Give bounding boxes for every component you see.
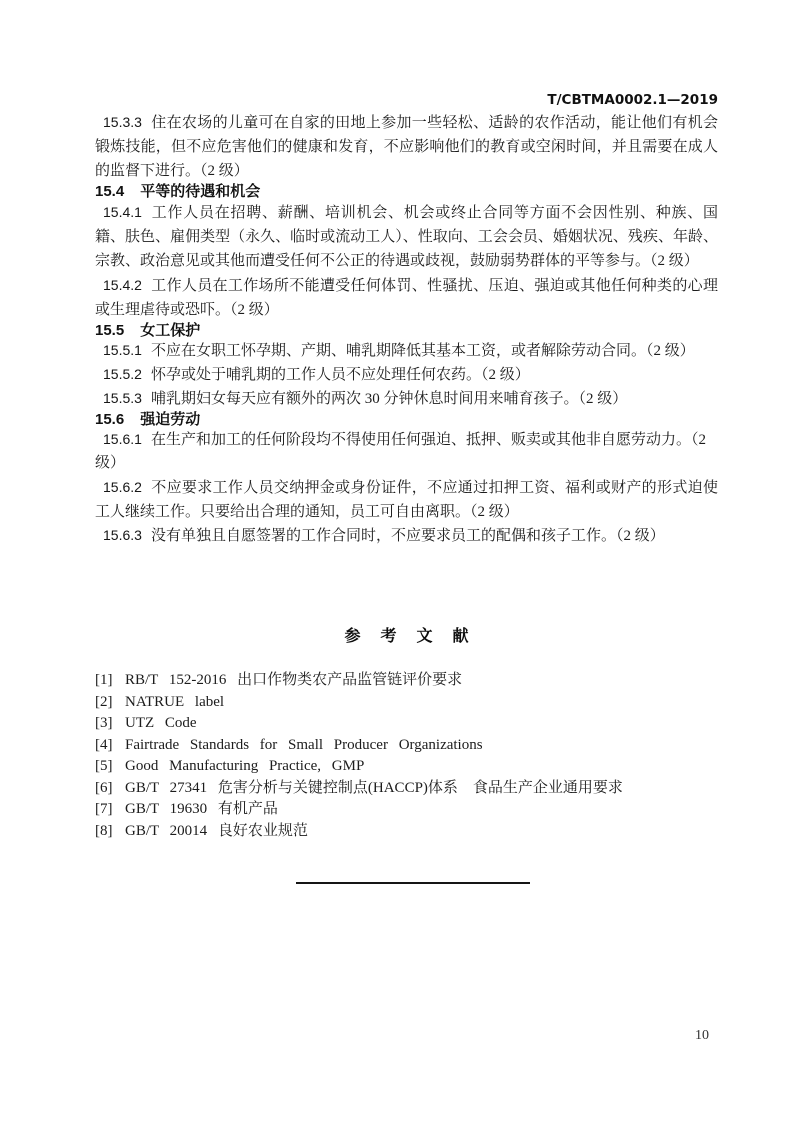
heading-title: 女工保护	[140, 322, 200, 339]
clause-number: 15.3.3	[103, 114, 142, 130]
reference-label: [7]	[95, 799, 115, 821]
reference-item-1: [1]RB/T 152-2016 出口作物类农产品监管链评价要求	[95, 670, 718, 692]
clause-text: 在生产和加工的任何阶段均不得使用任何强迫、抵押、贩卖或其他非自愿劳动力。（2 级…	[95, 432, 706, 471]
reference-label: [1]	[95, 670, 115, 692]
reference-label: [8]	[95, 821, 115, 843]
clause-text: 不应在女职工怀孕期、产期、哺乳期降低其基本工资，或者解除劳动合同。（2 级）	[151, 343, 695, 359]
reference-text: RB/T 152-2016 出口作物类农产品监管链评价要求	[125, 672, 462, 688]
clause-text: 不应要求工作人员交纳押金或身份证件，不应通过扣押工资、福利或财产的形式迫使工人继…	[95, 480, 718, 520]
document-page: T/CBTMA0002.1—2019 15.3.3住在农场的儿童可在自家的田地上…	[0, 0, 794, 1122]
clause-text: 工作人员在招聘、薪酬、培训机会、机会或终止合同等方面不会因性别、种族、国籍、肤色…	[95, 205, 718, 269]
clause-number: 15.5.3	[103, 390, 142, 406]
reference-text: GB/T 19630 有机产品	[125, 801, 278, 817]
clause-number: 15.4.2	[103, 277, 142, 293]
reference-text: NATRUE label	[125, 694, 224, 710]
clause-15-5-1: 15.5.1不应在女职工怀孕期、产期、哺乳期降低其基本工资，或者解除劳动合同。（…	[95, 339, 718, 363]
clause-15-6-2: 15.6.2不应要求工作人员交纳押金或身份证件，不应通过扣押工资、福利或财产的形…	[95, 475, 718, 524]
reference-text: GB/T 27341 危害分析与关键控制点(HACCP)体系 食品生产企业通用要…	[125, 780, 623, 796]
clause-text: 哺乳期妇女每天应有额外的两次 30 分钟休息时间用来哺育孩子。（2 级）	[151, 391, 627, 407]
page-number: 10	[686, 1028, 718, 1044]
heading-15-5: 15.5女工保护	[95, 322, 718, 339]
reference-text: UTZ Code	[125, 715, 197, 731]
reference-item-3: [3]UTZ Code	[95, 713, 718, 735]
clause-number: 15.6.3	[103, 527, 142, 543]
clause-15-5-2: 15.5.2怀孕或处于哺乳期的工作人员不应处理任何农药。（2 级）	[95, 363, 718, 387]
clause-15-3-3: 15.3.3住在农场的儿童可在自家的田地上参加一些轻松、适龄的农作活动，能让他们…	[95, 110, 718, 183]
reference-item-2: [2]NATRUE label	[95, 692, 718, 714]
clause-15-6-1: 15.6.1在生产和加工的任何阶段均不得使用任何强迫、抵押、贩卖或其他非自愿劳动…	[95, 428, 718, 475]
clause-15-4-1: 15.4.1工作人员在招聘、薪酬、培训机会、机会或终止合同等方面不会因性别、种族…	[95, 200, 718, 273]
clause-15-6-3: 15.6.3没有单独且自愿签署的工作合同时，不应要求员工的配偶和孩子工作。（2 …	[95, 524, 718, 548]
clause-number: 15.5.1	[103, 342, 142, 358]
reference-label: [2]	[95, 692, 115, 714]
reference-item-8: [8]GB/T 20014 良好农业规范	[95, 821, 718, 843]
heading-15-4: 15.4平等的待遇和机会	[95, 183, 718, 200]
heading-number: 15.6	[95, 411, 124, 428]
references-title: 参考文献	[95, 627, 718, 647]
reference-label: [4]	[95, 735, 115, 757]
reference-label: [6]	[95, 778, 115, 800]
reference-label: [5]	[95, 756, 115, 778]
clause-number: 15.6.1	[103, 431, 142, 447]
reference-label: [3]	[95, 713, 115, 735]
heading-15-6: 15.6强迫劳动	[95, 411, 718, 428]
reference-text: Good Manufacturing Practice, GMP	[125, 758, 364, 774]
end-of-document-divider	[296, 882, 530, 884]
heading-number: 15.4	[95, 183, 124, 200]
page-content: T/CBTMA0002.1—2019 15.3.3住在农场的儿童可在自家的田地上…	[95, 93, 718, 842]
heading-title: 强迫劳动	[140, 411, 200, 428]
clause-text: 怀孕或处于哺乳期的工作人员不应处理任何农药。（2 级）	[151, 367, 530, 383]
clause-15-5-3: 15.5.3哺乳期妇女每天应有额外的两次 30 分钟休息时间用来哺育孩子。（2 …	[95, 387, 718, 411]
reference-text: GB/T 20014 良好农业规范	[125, 823, 308, 839]
heading-title: 平等的待遇和机会	[140, 183, 260, 200]
references-list: [1]RB/T 152-2016 出口作物类农产品监管链评价要求 [2]NATR…	[95, 670, 718, 842]
clause-text: 住在农场的儿童可在自家的田地上参加一些轻松、适龄的农作活动，能让他们有机会锻炼技…	[95, 115, 718, 179]
doc-number-header: T/CBTMA0002.1—2019	[95, 93, 718, 108]
clause-text: 工作人员在工作场所不能遭受任何体罚、性骚扰、压迫、强迫或其他任何种类的心理或生理…	[95, 278, 718, 318]
reference-item-5: [5]Good Manufacturing Practice, GMP	[95, 756, 718, 778]
heading-number: 15.5	[95, 322, 124, 339]
reference-item-6: [6]GB/T 27341 危害分析与关键控制点(HACCP)体系 食品生产企业…	[95, 778, 718, 800]
clause-number: 15.4.1	[103, 204, 142, 220]
clause-number: 15.6.2	[103, 479, 142, 495]
reference-item-4: [4]Fairtrade Standards for Small Produce…	[95, 735, 718, 757]
clause-15-4-2: 15.4.2工作人员在工作场所不能遭受任何体罚、性骚扰、压迫、强迫或其他任何种类…	[95, 273, 718, 322]
reference-text: Fairtrade Standards for Small Producer O…	[125, 737, 483, 753]
reference-item-7: [7]GB/T 19630 有机产品	[95, 799, 718, 821]
clause-text: 没有单独且自愿签署的工作合同时，不应要求员工的配偶和孩子工作。（2 级）	[151, 528, 665, 544]
clause-number: 15.5.2	[103, 366, 142, 382]
